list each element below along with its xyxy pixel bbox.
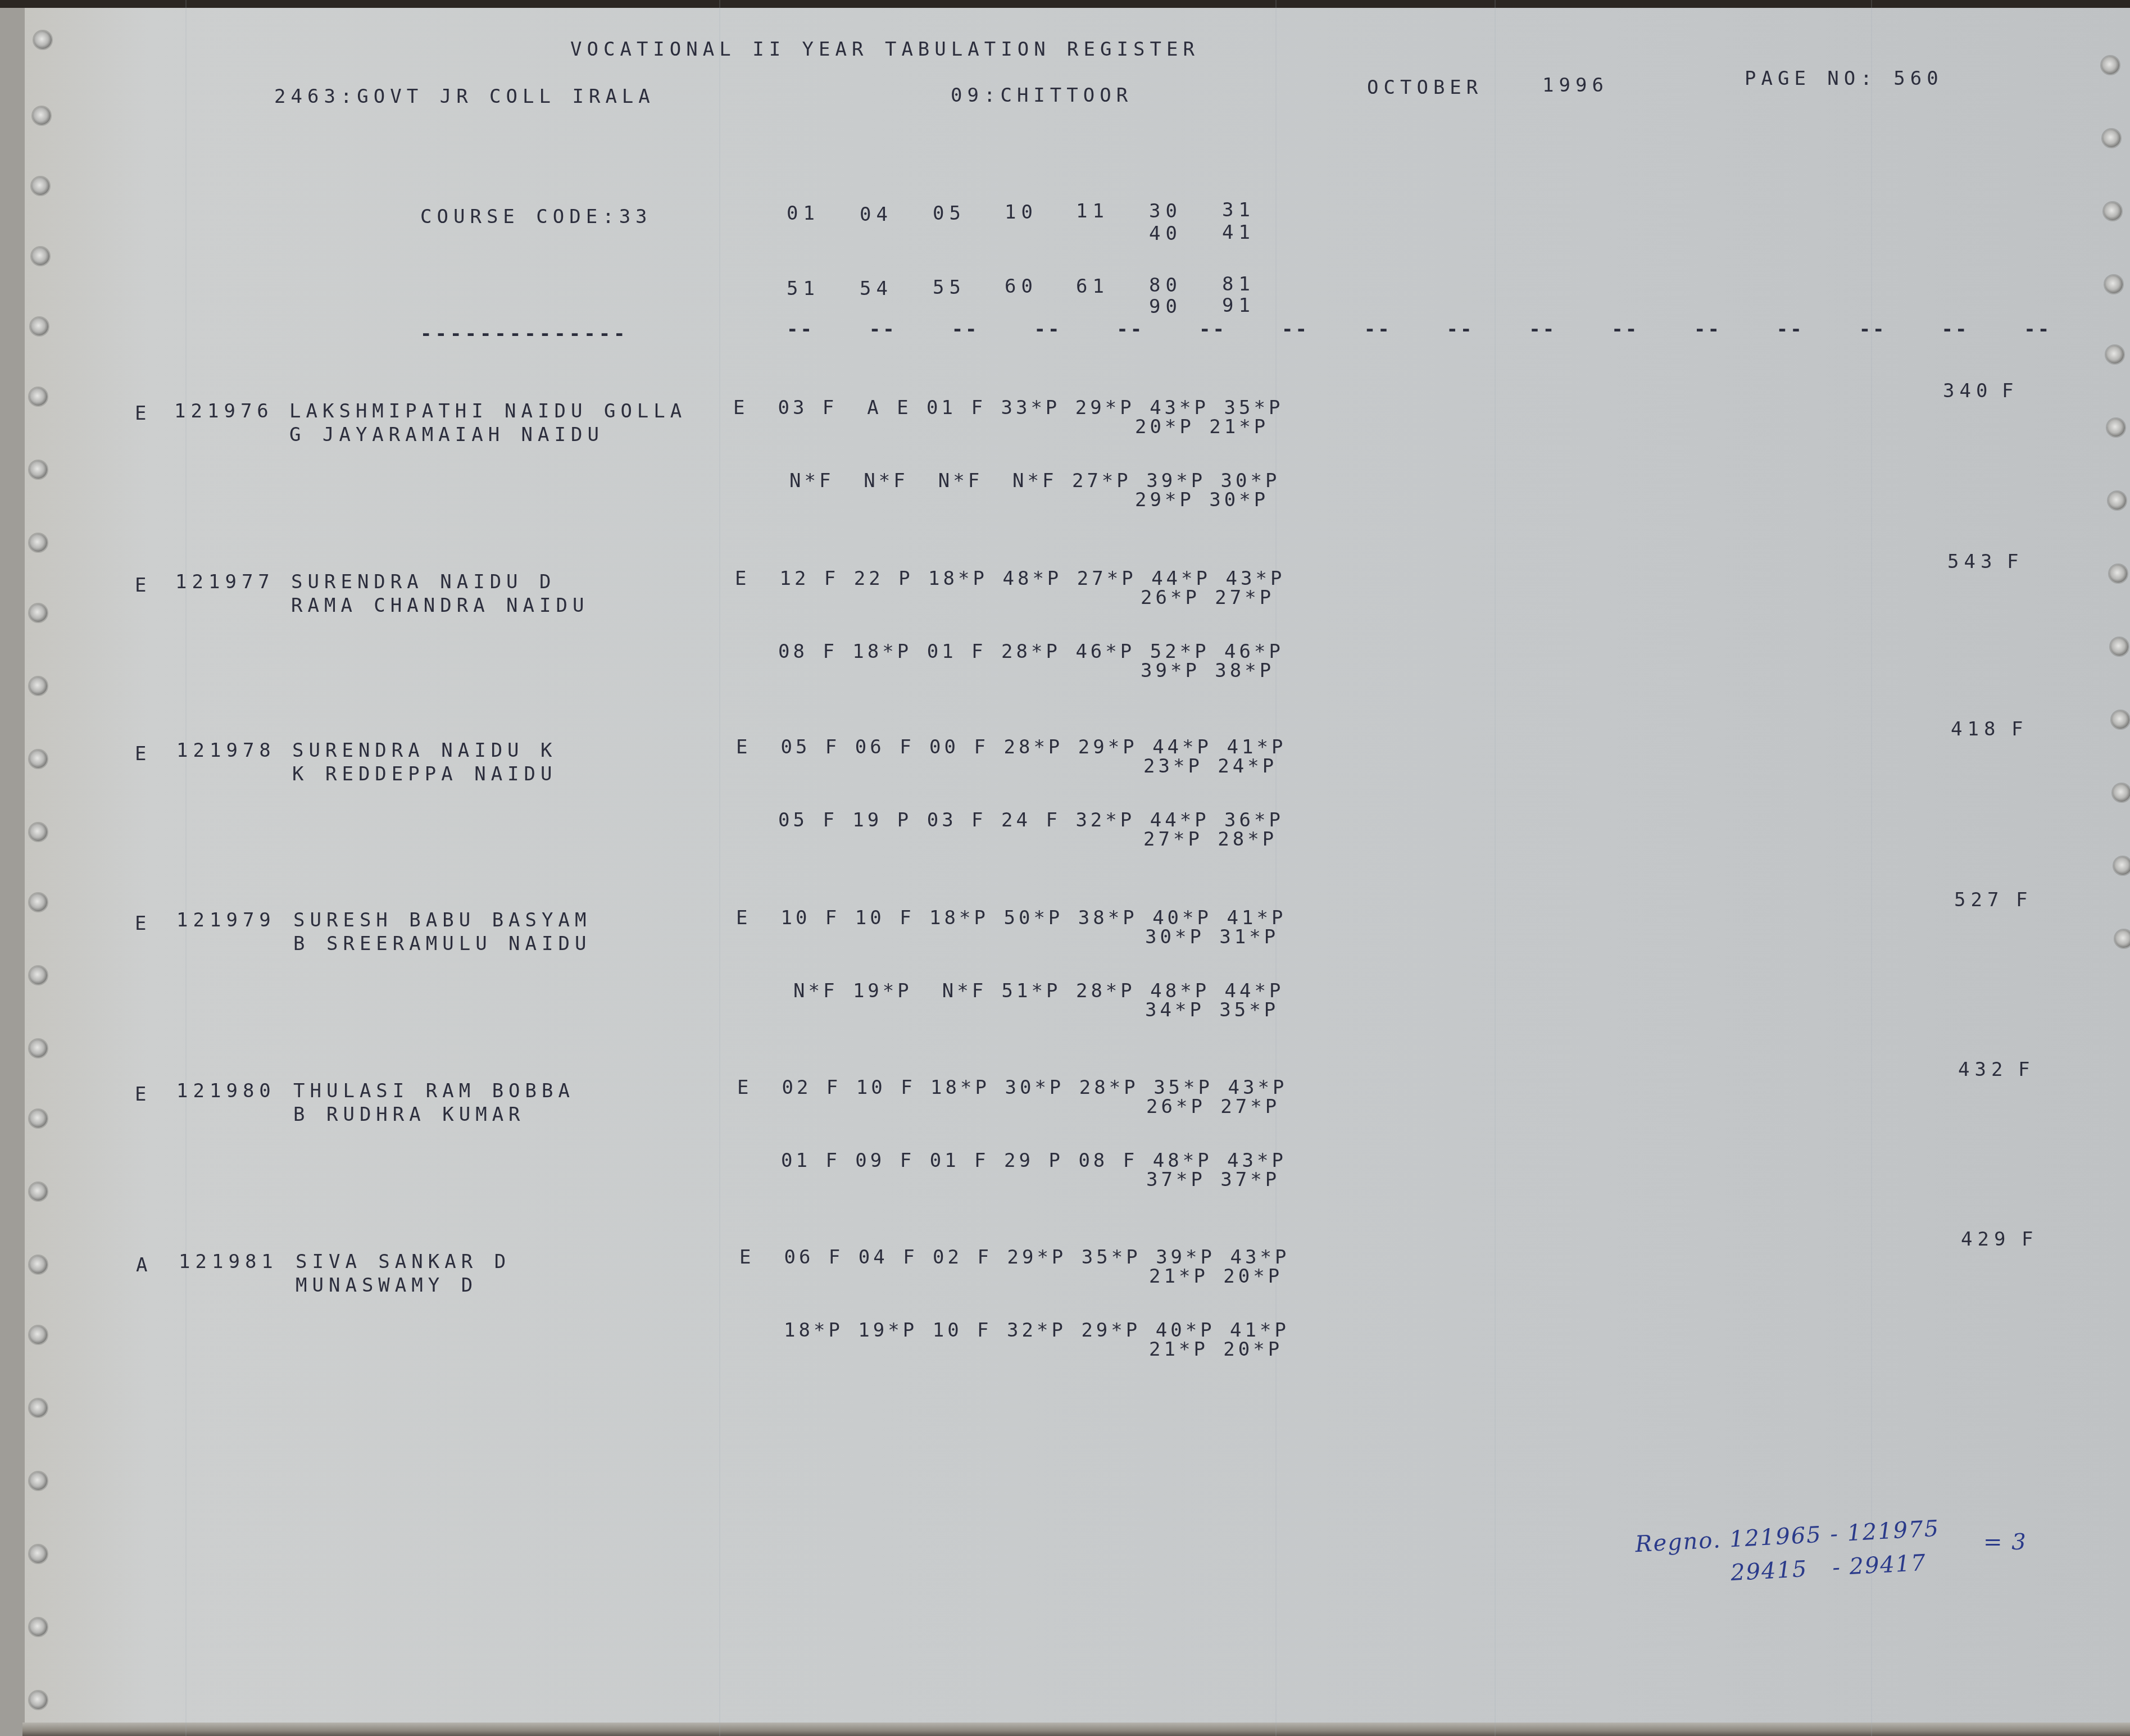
district-code: 09:CHITTOOR [951, 84, 1133, 107]
student-name: SURENDRA NAIDU D [291, 571, 556, 593]
binder-hole-icon [29, 534, 47, 552]
binder-hole-icon [29, 893, 47, 911]
subject-code: 51 [787, 278, 820, 300]
binder-hole-icon [2109, 565, 2127, 583]
category: E [135, 743, 151, 765]
category: A [136, 1254, 152, 1276]
marks-part1-extra: 21*P 20*P [1149, 1265, 1283, 1288]
register-number: 121980 [176, 1080, 276, 1102]
subject-code: 01 [787, 202, 820, 225]
result-status: F [2016, 889, 2032, 911]
binder-hole-icon [2106, 346, 2124, 363]
binder-hole-icon [29, 1110, 47, 1128]
register-title: VOCATIONAL II YEAR TABULATION REGISTER [570, 38, 1200, 61]
binder-hole-icon [29, 823, 47, 841]
binder-hole-icon [29, 750, 47, 768]
marks-part1-extra: 23*P 24*P [1143, 755, 1277, 778]
binder-hole-icon [2110, 638, 2128, 656]
subject-code: 81 [1222, 273, 1255, 296]
course-code: COURSE CODE:33 [420, 206, 652, 228]
marks-part2-extra: 29*P 30*P [1135, 489, 1269, 511]
binder-hole-icon [2113, 784, 2130, 802]
marks-part2-extra: 37*P 37*P [1146, 1169, 1280, 1191]
marks-part2-extra: 39*P 38*P [1141, 660, 1274, 682]
parent-name: RAMA CHANDRA NAIDU [291, 594, 589, 617]
exam-year: 1996 [1542, 74, 1609, 97]
total-marks: 432 [1958, 1058, 2008, 1081]
category: E [135, 1083, 151, 1106]
marks-part1-extra: 26*P 27*P [1141, 587, 1274, 609]
category: E [135, 402, 151, 425]
marks-part1-extra: 26*P 27*P [1146, 1096, 1280, 1118]
binder-hole-icon [29, 1618, 47, 1636]
total-marks: 418 [1951, 718, 2000, 740]
marks-part1-extra: 30*P 31*P [1145, 926, 1279, 948]
total-marks: 429 [1961, 1228, 2010, 1251]
result-status: F [2002, 380, 2018, 402]
binder-hole-icon [31, 177, 49, 195]
header-separator: -------------- [420, 322, 629, 345]
binder-hole-icon [29, 1472, 47, 1490]
parent-name: B SREERAMULU NAIDU [293, 933, 591, 955]
student-name: SURESH BABU BASYAM [293, 909, 591, 931]
student-name: THULASI RAM BOBBA [293, 1080, 575, 1102]
college-code: 2463:GOVT JR COLL IRALA [274, 85, 655, 108]
marks-part2-extra: 27*P 28*P [1143, 828, 1277, 851]
page-number: PAGE NO: 560 [1745, 67, 1943, 90]
parent-name: K REDDEPPA NAIDU [292, 763, 557, 785]
ledger-line [185, 0, 187, 1736]
subject-code: 60 [1005, 275, 1038, 298]
binder-hole-icon [2107, 419, 2125, 437]
register-number: 121977 [175, 571, 275, 593]
binder-spine [0, 0, 25, 1736]
subject-code: 05 [933, 202, 966, 225]
result-status: F [2018, 1058, 2034, 1081]
binder-hole-icon [29, 966, 47, 984]
total-marks: 527 [1954, 889, 2004, 911]
register-number: 121979 [176, 909, 276, 931]
ledger-line [1495, 0, 1496, 1736]
subject-code: 30 [1149, 200, 1182, 222]
binder-hole-icon [31, 247, 49, 265]
column-separators: -- -- -- -- -- -- -- -- -- -- -- -- -- -… [787, 318, 2051, 340]
binder-hole-icon [29, 388, 47, 406]
ledger-line [719, 0, 720, 1736]
binder-hole-icon [2102, 129, 2120, 147]
category: E [135, 574, 151, 597]
result-status: F [2011, 718, 2028, 740]
binder-hole-icon [29, 604, 47, 622]
total-marks: 543 [1947, 551, 1997, 573]
marks-part2-extra: 34*P 35*P [1145, 999, 1279, 1021]
binder-hole-icon [30, 317, 48, 335]
result-status: F [2022, 1228, 2038, 1251]
binder-hole-icon [29, 677, 47, 695]
subject-code: 41 [1222, 221, 1255, 244]
parent-name: G JAYARAMAIAH NAIDU [289, 424, 604, 446]
binder-hole-icon [2108, 492, 2126, 510]
binder-hole-icon [29, 1326, 47, 1344]
register-number: 121976 [174, 400, 274, 422]
binder-hole-icon [29, 1183, 47, 1201]
student-name: SURENDRA NAIDU K [292, 739, 557, 762]
binder-hole-icon [29, 461, 47, 479]
subject-code: 61 [1076, 275, 1109, 298]
subject-code: 11 [1076, 200, 1109, 222]
parent-name: MUNASWAMY D [296, 1274, 478, 1297]
register-number: 121981 [179, 1251, 278, 1273]
category: E [135, 912, 151, 935]
binder-hole-icon [33, 107, 51, 125]
subject-code: 04 [860, 203, 893, 226]
subject-code: 40 [1149, 222, 1182, 245]
subject-code: 80 [1149, 274, 1182, 297]
ledger-line [1275, 0, 1277, 1736]
subject-code: 91 [1222, 294, 1255, 317]
subject-code: 55 [933, 276, 966, 299]
binder-hole-icon [29, 1399, 47, 1417]
total-marks: 340 [1943, 380, 1992, 402]
ledger-line [1871, 0, 1872, 1736]
binder-hole-icon [2111, 711, 2129, 729]
exam-month: OCTOBER [1367, 76, 1483, 99]
register-number: 121978 [176, 739, 276, 762]
binder-hole-icon [2104, 202, 2122, 220]
parent-name: B RUDHRA KUMAR [293, 1103, 525, 1126]
binder-hole-icon [2101, 56, 2119, 74]
subject-code: 90 [1149, 296, 1182, 318]
marks-part1-extra: 20*P 21*P [1135, 416, 1269, 438]
subject-code: 31 [1222, 199, 1255, 221]
binder-hole-icon [34, 31, 52, 49]
student-name: SIVA SANKAR D [296, 1251, 511, 1273]
subject-code: 54 [860, 278, 893, 300]
binder-hole-icon [29, 1039, 47, 1057]
page-bottom-edge [22, 1723, 2130, 1736]
result-status: F [2007, 551, 2023, 573]
binder-hole-icon [2114, 857, 2130, 875]
subject-code: 10 [1005, 201, 1038, 224]
binder-hole-icon [2115, 930, 2130, 948]
binder-hole-icon [29, 1691, 47, 1709]
binder-top-edge [0, 0, 2130, 8]
marks-part2-extra: 21*P 20*P [1149, 1338, 1283, 1361]
student-name: LAKSHMIPATHI NAIDU GOLLA [289, 400, 687, 422]
note-count: = 3 [1983, 1529, 2027, 1555]
register-page [22, 0, 2130, 1736]
binder-hole-icon [2105, 275, 2123, 293]
binder-hole-icon [29, 1545, 47, 1563]
binder-hole-icon [29, 1256, 47, 1274]
